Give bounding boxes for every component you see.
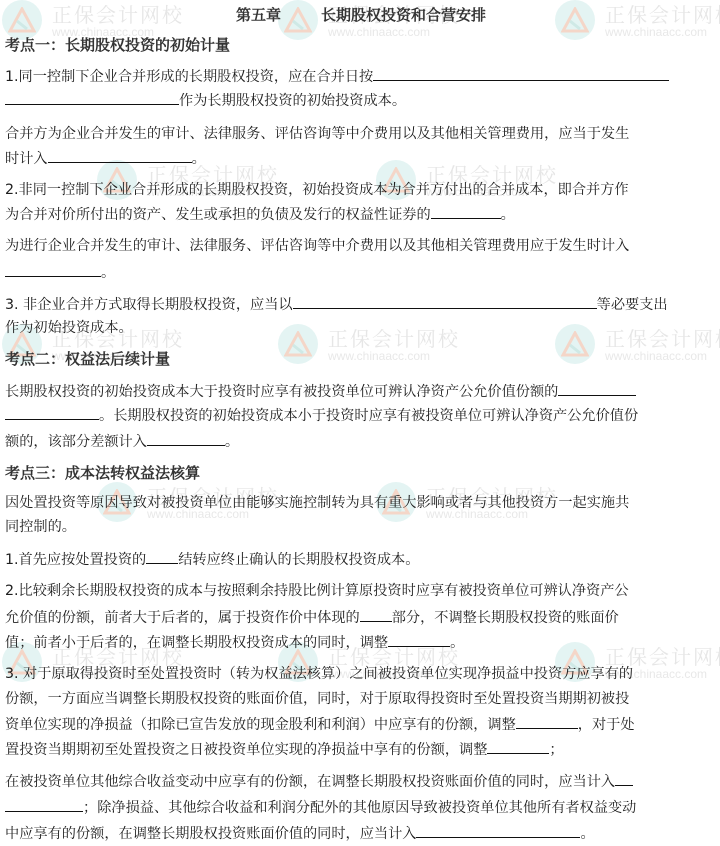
watermark-logo-icon bbox=[555, 324, 595, 364]
fill-blank[interactable] bbox=[5, 405, 99, 420]
fill-blank[interactable] bbox=[516, 714, 578, 729]
text-line: 置投资当期期初至处置投资之日被投资单位实现的净损益中享有的份额，调整； bbox=[5, 739, 564, 760]
text-line: 作为初始投资成本。 bbox=[5, 318, 133, 338]
text-line: 3. 对于原取得投资时至处置投资时（转为权益法核算）之间被投资单位实现净损益中投… bbox=[5, 664, 633, 684]
text-line: 1.首先应按处置投资的结转应终止确认的长期股权投资成本。 bbox=[5, 549, 419, 570]
watermark-brand: 正保会计网校 bbox=[328, 323, 460, 352]
text-line: 3. 非企业合并方式取得长期股权投资，应当以等必要支出 bbox=[5, 294, 668, 315]
text-line: ；除净损益、其他综合收益和利润分配外的其他原因导致被投资单位其他所有者权益变动 bbox=[5, 797, 636, 818]
text-line: 同控制的。 bbox=[5, 517, 76, 537]
watermark-url: www.chinaacc.com bbox=[605, 25, 707, 39]
text-line: 合并方为企业合并发生的审计、法律服务、评估咨询等中介费用以及其他相关管理费用，应… bbox=[5, 124, 629, 144]
fill-blank[interactable] bbox=[487, 739, 549, 754]
watermark-url: www.chinaacc.com bbox=[328, 25, 430, 39]
watermark-url: www.chinaacc.com bbox=[605, 349, 707, 363]
watermark-logo-icon bbox=[278, 324, 318, 364]
text-line: 作为长期股权投资的初始投资成本。 bbox=[5, 90, 406, 111]
fill-blank[interactable] bbox=[48, 148, 192, 163]
text-line: 份额，一方面应当调整长期股权投资的账面价值，同时，对于原取得投资时至处置投资当期… bbox=[5, 689, 629, 709]
text-line: 额的，该部分差额计入。 bbox=[5, 431, 239, 452]
watermark-brand: 正保会计网校 bbox=[605, 323, 720, 352]
watermark-logo-icon bbox=[555, 0, 595, 40]
text-line: 为进行企业合并发生的审计、法律服务、评估咨询等中介费用以及其他相关管理费用应于发… bbox=[5, 236, 629, 256]
chapter-name: 长期股权投资和合营安排 bbox=[321, 6, 486, 24]
text-line: 。长期股权投资的初始投资成本小于投资时应享有被投资单位可辨认净资产公允价值份 bbox=[5, 405, 638, 426]
fill-blank[interactable] bbox=[5, 797, 83, 812]
section-heading: 考点一：长期股权投资的初始计量 bbox=[5, 35, 230, 55]
section-heading: 考点二：权益法后续计量 bbox=[5, 349, 170, 369]
text-line: 因处置投资等原因导致对被投资单位由能够实施控制转为具有重大影响或者与其他投资方一… bbox=[5, 493, 629, 513]
text-line: 长期股权投资的初始投资成本大于投资时应享有被投资单位可辨认净资产公允价值份额的 bbox=[5, 381, 636, 402]
text-line: 中应享有的份额，在调整长期股权投资账面价值的同时，应当计入。 bbox=[5, 823, 595, 844]
fill-blank[interactable] bbox=[615, 771, 633, 786]
text-line: 时计入。 bbox=[5, 148, 206, 169]
watermark: 正保会计网校 www.chinaacc.com bbox=[555, 0, 720, 42]
watermark-brand: 正保会计网校 bbox=[52, 0, 184, 28]
section-heading: 考点三：成本法转权益法核算 bbox=[5, 463, 200, 483]
watermark-brand: 正保会计网校 bbox=[605, 0, 720, 28]
text-line: 允价值的份额，前者大于后者的，属于投资作价中体现的部分，不调整长期股权投资的账面… bbox=[5, 607, 619, 628]
fill-blank[interactable] bbox=[293, 294, 597, 309]
chapter-number: 第五章 bbox=[236, 6, 281, 24]
text-line: 。 bbox=[5, 262, 115, 283]
fill-blank[interactable] bbox=[431, 204, 501, 219]
text-line: 资单位实现的净损益（扣除已宣告发放的现金股利和利润）中应享有的份额，调整，对于处 bbox=[5, 714, 635, 735]
text-line: 值；前者小于后者的，在调整长期股权投资成本的同时，调整。 bbox=[5, 632, 464, 653]
fill-blank[interactable] bbox=[5, 262, 101, 277]
text-line: 为合并对价所付出的资产、发生或承担的负债及发行的权益性证券的。 bbox=[5, 204, 515, 225]
fill-blank[interactable] bbox=[5, 90, 179, 105]
fill-blank[interactable] bbox=[416, 823, 580, 838]
text-line: 2.非同一控制下企业合并形成的长期股权投资，初始投资成本为合并方付出的合并成本，… bbox=[5, 180, 629, 200]
text-line: 在被投资单位其他综合收益变动中应享有的份额，在调整长期股权投资账面价值的同时，应… bbox=[5, 771, 633, 792]
fill-blank[interactable] bbox=[146, 549, 178, 564]
text-line: 2.比较剩余长期股权投资的成本与按照剩余持股比例计算原投资时应享有被投资单位可辨… bbox=[5, 581, 629, 601]
fill-blank[interactable] bbox=[373, 66, 669, 81]
text-line: 1.同一控制下企业合并形成的长期股权投资，应在合并日按 bbox=[5, 66, 669, 87]
fill-blank[interactable] bbox=[360, 607, 392, 622]
watermark-logo-icon bbox=[2, 0, 42, 40]
watermark: 正保会计网校 www.chinaacc.com bbox=[278, 322, 448, 366]
watermark: 正保会计网校 www.chinaacc.com bbox=[555, 322, 720, 366]
watermark-url: www.chinaacc.com bbox=[328, 349, 430, 363]
fill-blank[interactable] bbox=[388, 632, 450, 647]
fill-blank[interactable] bbox=[558, 381, 636, 396]
fill-blank[interactable] bbox=[147, 431, 225, 446]
page-title: 第五章长期股权投资和合营安排 bbox=[236, 4, 486, 25]
